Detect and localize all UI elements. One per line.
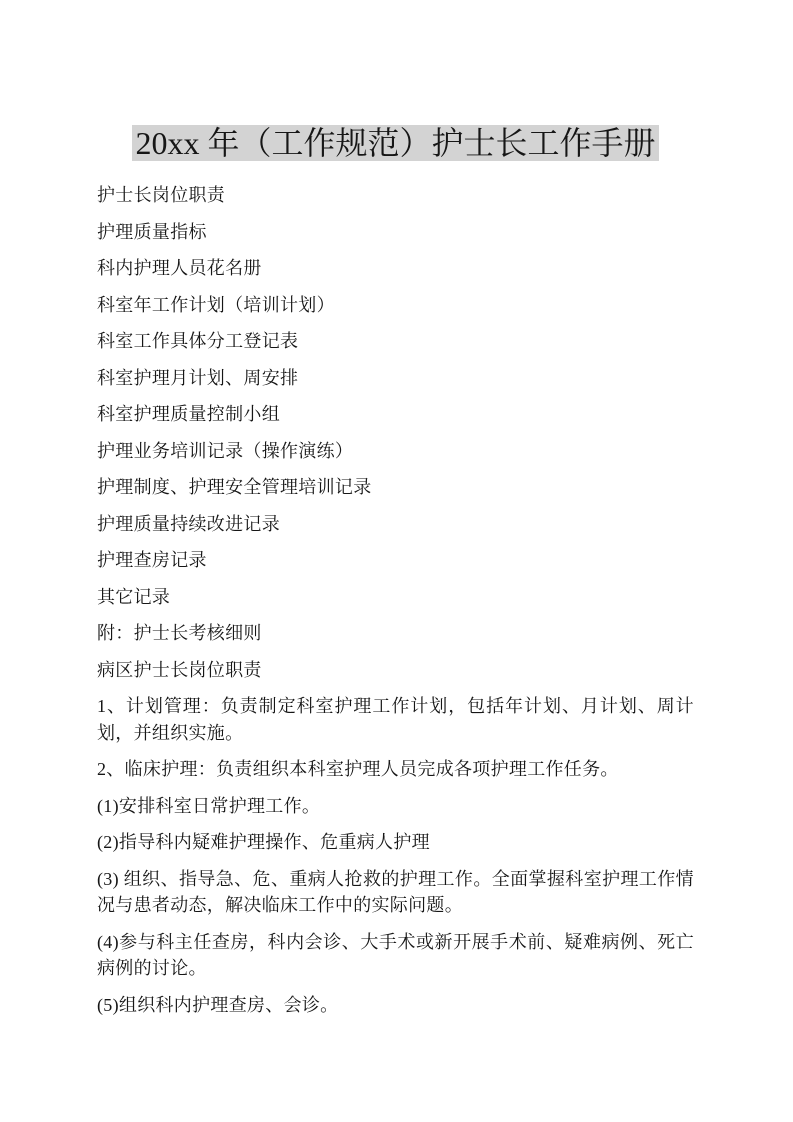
duty-paragraph: (3) 组织、指导急、危、重病人抢救的护理工作。全面掌握科室护理工作情况与患者动… bbox=[97, 866, 694, 919]
duty-paragraph: (1)安排科室日常护理工作。 bbox=[97, 793, 694, 820]
toc-line: 护理质量持续改进记录 bbox=[97, 511, 694, 538]
duty-paragraph: (5)组织科内护理查房、会诊。 bbox=[97, 992, 694, 1019]
page-title: 20xx 年（工作规范）护士长工作手册 bbox=[97, 119, 694, 167]
toc-line: 科室工作具体分工登记表 bbox=[97, 328, 694, 355]
duty-paragraph: (2)指导科内疑难护理操作、危重病人护理 bbox=[97, 829, 694, 856]
toc-line: 护理业务培训记录（操作演练） bbox=[97, 438, 694, 465]
document-page: 20xx 年（工作规范）护士长工作手册 护士长岗位职责 护理质量指标 科内护理人… bbox=[0, 0, 793, 1122]
toc-line: 护士长岗位职责 bbox=[97, 182, 694, 209]
toc-line: 病区护士长岗位职责 bbox=[97, 657, 694, 684]
toc-line: 其它记录 bbox=[97, 584, 694, 611]
toc-line: 科室护理质量控制小组 bbox=[97, 401, 694, 428]
toc-line: 科室护理月计划、周安排 bbox=[97, 365, 694, 392]
document-content: 20xx 年（工作规范）护士长工作手册 护士长岗位职责 护理质量指标 科内护理人… bbox=[97, 119, 694, 1028]
toc-line: 科内护理人员花名册 bbox=[97, 255, 694, 282]
duty-paragraph: (4)参与科主任查房，科内会诊、大手术或新开展手术前、疑难病例、死亡病例的讨论。 bbox=[97, 929, 694, 982]
toc-line: 科室年工作计划（培训计划） bbox=[97, 292, 694, 319]
duty-paragraph: 2、临床护理：负责组织本科室护理人员完成各项护理工作任务。 bbox=[97, 756, 694, 783]
toc-line: 护理质量指标 bbox=[97, 219, 694, 246]
page-title-highlight: 20xx 年（工作规范）护士长工作手册 bbox=[132, 125, 658, 161]
toc-line: 护理查房记录 bbox=[97, 547, 694, 574]
duty-paragraph: 1、计划管理：负责制定科室护理工作计划，包括年计划、月计划、周计划，并组织实施。 bbox=[97, 693, 694, 746]
toc-line: 护理制度、护理安全管理培训记录 bbox=[97, 474, 694, 501]
toc-line: 附：护士长考核细则 bbox=[97, 620, 694, 647]
